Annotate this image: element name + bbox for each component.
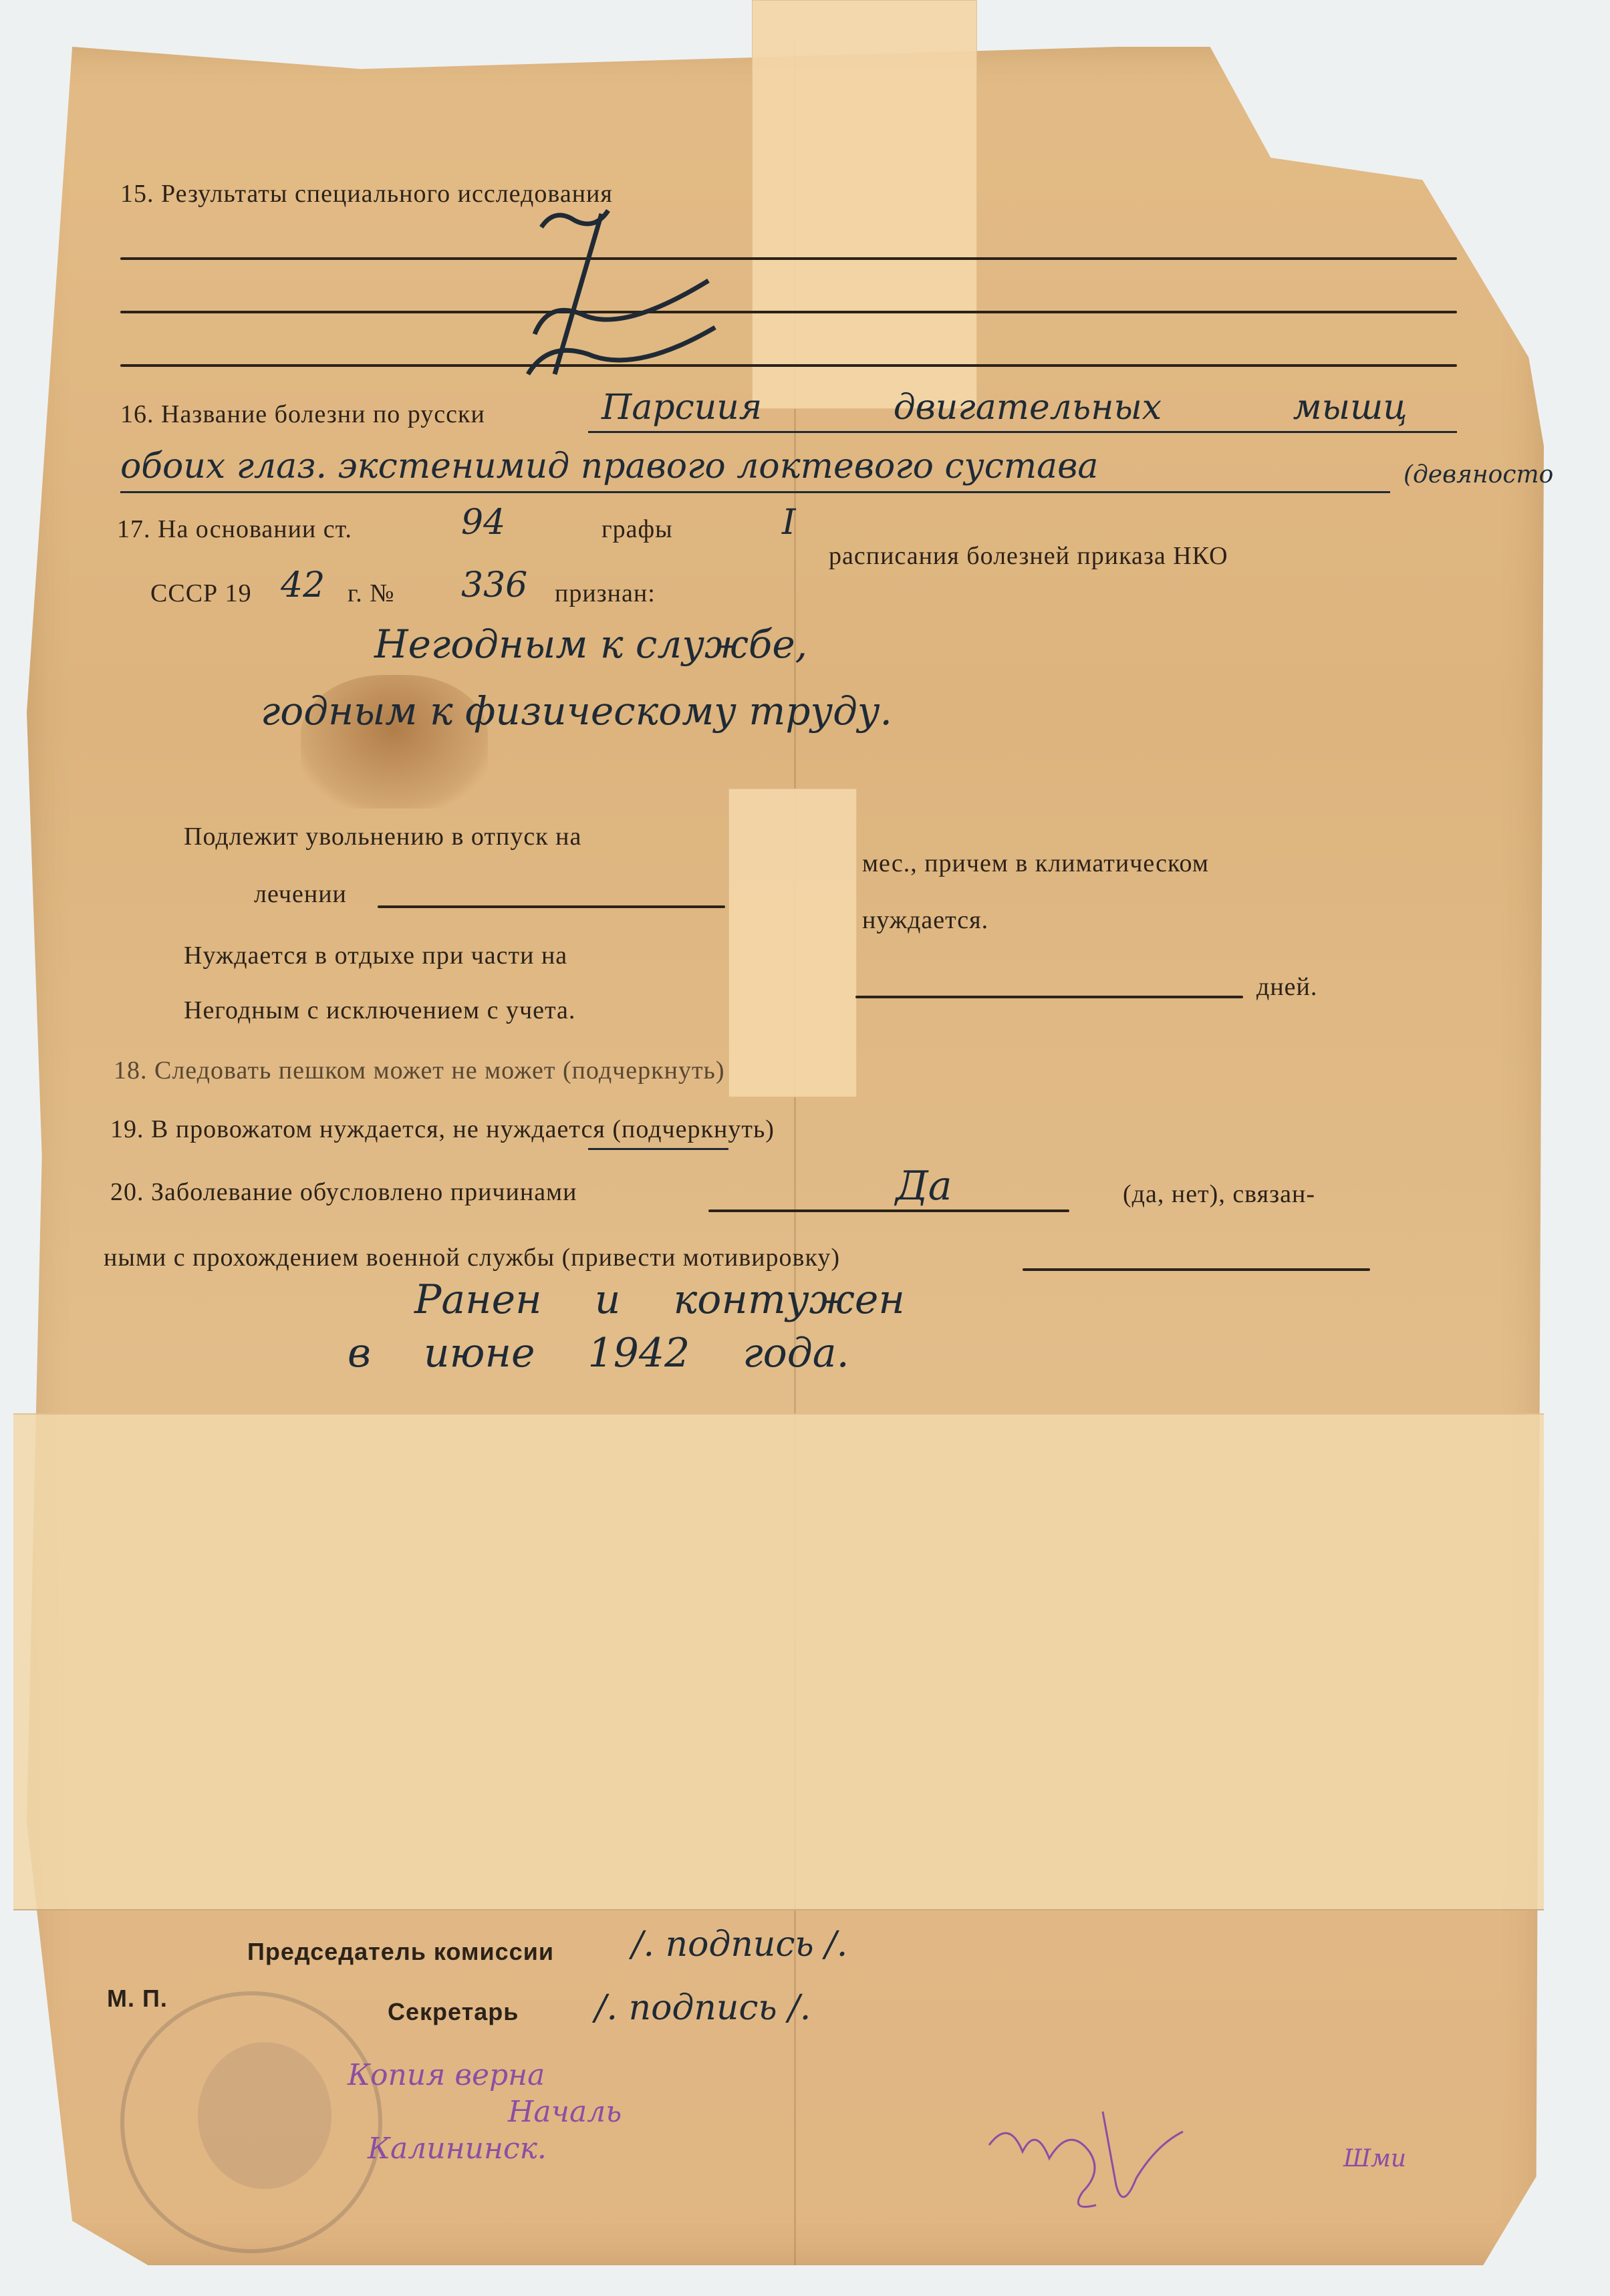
item17-article: 94: [461, 503, 505, 543]
leave-line4: Негодным с исключением с учета.: [184, 996, 575, 1025]
item17-verdict-line2: годным к физическому труду.: [261, 688, 892, 734]
item17-label-c: расписания болезней приказа НКО: [829, 541, 1228, 571]
item16-answer-line1: Парсиия двигательных мышц: [601, 388, 1407, 428]
leave-line1-a: Подлежит увольнению в отпуск на: [184, 822, 581, 851]
item17-verdict-line1: Негодным к службе,: [374, 621, 807, 667]
blank-line: [120, 257, 1457, 260]
official-seal-stamp: [120, 1991, 382, 2253]
repair-tape-top: [752, 0, 977, 409]
secretary-signature: /. подпись /.: [595, 1988, 811, 2028]
blank-line: [120, 364, 1457, 367]
item17-label-b: графы: [601, 515, 673, 544]
chairman-label: Председатель комиссии: [247, 1938, 554, 1966]
item20-label-a: 20. Заболевание обусловлено причинами: [110, 1177, 577, 1207]
copy-certified-line3: Калининск.: [368, 2132, 547, 2166]
item17-label-d-prefix: СССР 19: [150, 579, 252, 608]
answer-underline: [588, 431, 1457, 433]
item18-label: 18. Следовать пешком может не может (под…: [114, 1056, 725, 1085]
chairman-signature: /. подпись /.: [632, 1924, 847, 1965]
answer-underline: [120, 491, 1390, 493]
item19-underline: [588, 1148, 728, 1150]
leave-line3-b: дней.: [1256, 972, 1317, 1002]
item16-answer-suffix: (девяносто: [1403, 461, 1553, 488]
blank-line: [120, 311, 1457, 313]
item17-column: I: [782, 503, 796, 543]
item17-label-d-mid: г. №: [348, 579, 395, 608]
secretary-label: Секретарь: [388, 1998, 519, 2026]
blank-line: [855, 996, 1243, 998]
item20-label-c: ными с прохождением военной службы (прив…: [104, 1243, 840, 1272]
leave-line3-a: Нуждается в отдыхе при части на: [184, 941, 567, 970]
item20-reason-line2: в июне 1942 года.: [348, 1330, 849, 1377]
item17-order-no: 336: [461, 565, 527, 605]
leave-line2-b: нуждается.: [862, 905, 988, 935]
copy-certified-line2: Началь: [508, 2095, 622, 2129]
item20-reason-line1: Ранен и контужен: [414, 1276, 905, 1323]
item17-year: 42: [281, 565, 325, 605]
mp-label: М. П.: [107, 1985, 168, 2013]
item17-label-a: 17. На основании ст.: [117, 515, 352, 544]
blank-line: [708, 1209, 1069, 1212]
copy-certified-line1: Копия верна: [348, 2058, 545, 2092]
handwritten-dash-mark: [521, 200, 722, 381]
item17-label-d-suffix: признан:: [555, 579, 656, 608]
repair-tape-middle: [728, 788, 857, 1097]
item20-label-b: (да, нет), связан-: [1123, 1179, 1315, 1209]
item19-label: 19. В провожатом нуждается, не нуждается…: [110, 1115, 775, 1144]
bottom-signature-scribble: [982, 2105, 1223, 2225]
item16-label: 16. Название болезни по русски: [120, 400, 485, 429]
leave-line1-b: мес., причем в климатическом: [862, 849, 1209, 878]
bottom-signature-2: Шми: [1343, 2145, 1406, 2172]
repair-tape-bottom: [13, 1413, 1544, 1910]
blank-line: [378, 905, 725, 908]
blank-line: [1023, 1268, 1370, 1271]
item20-answer: Да: [896, 1163, 952, 1209]
leave-line2-a: лечении: [254, 879, 347, 909]
item16-answer-line2: обоих глаз. экстенимид правого локтевого…: [120, 446, 1098, 486]
